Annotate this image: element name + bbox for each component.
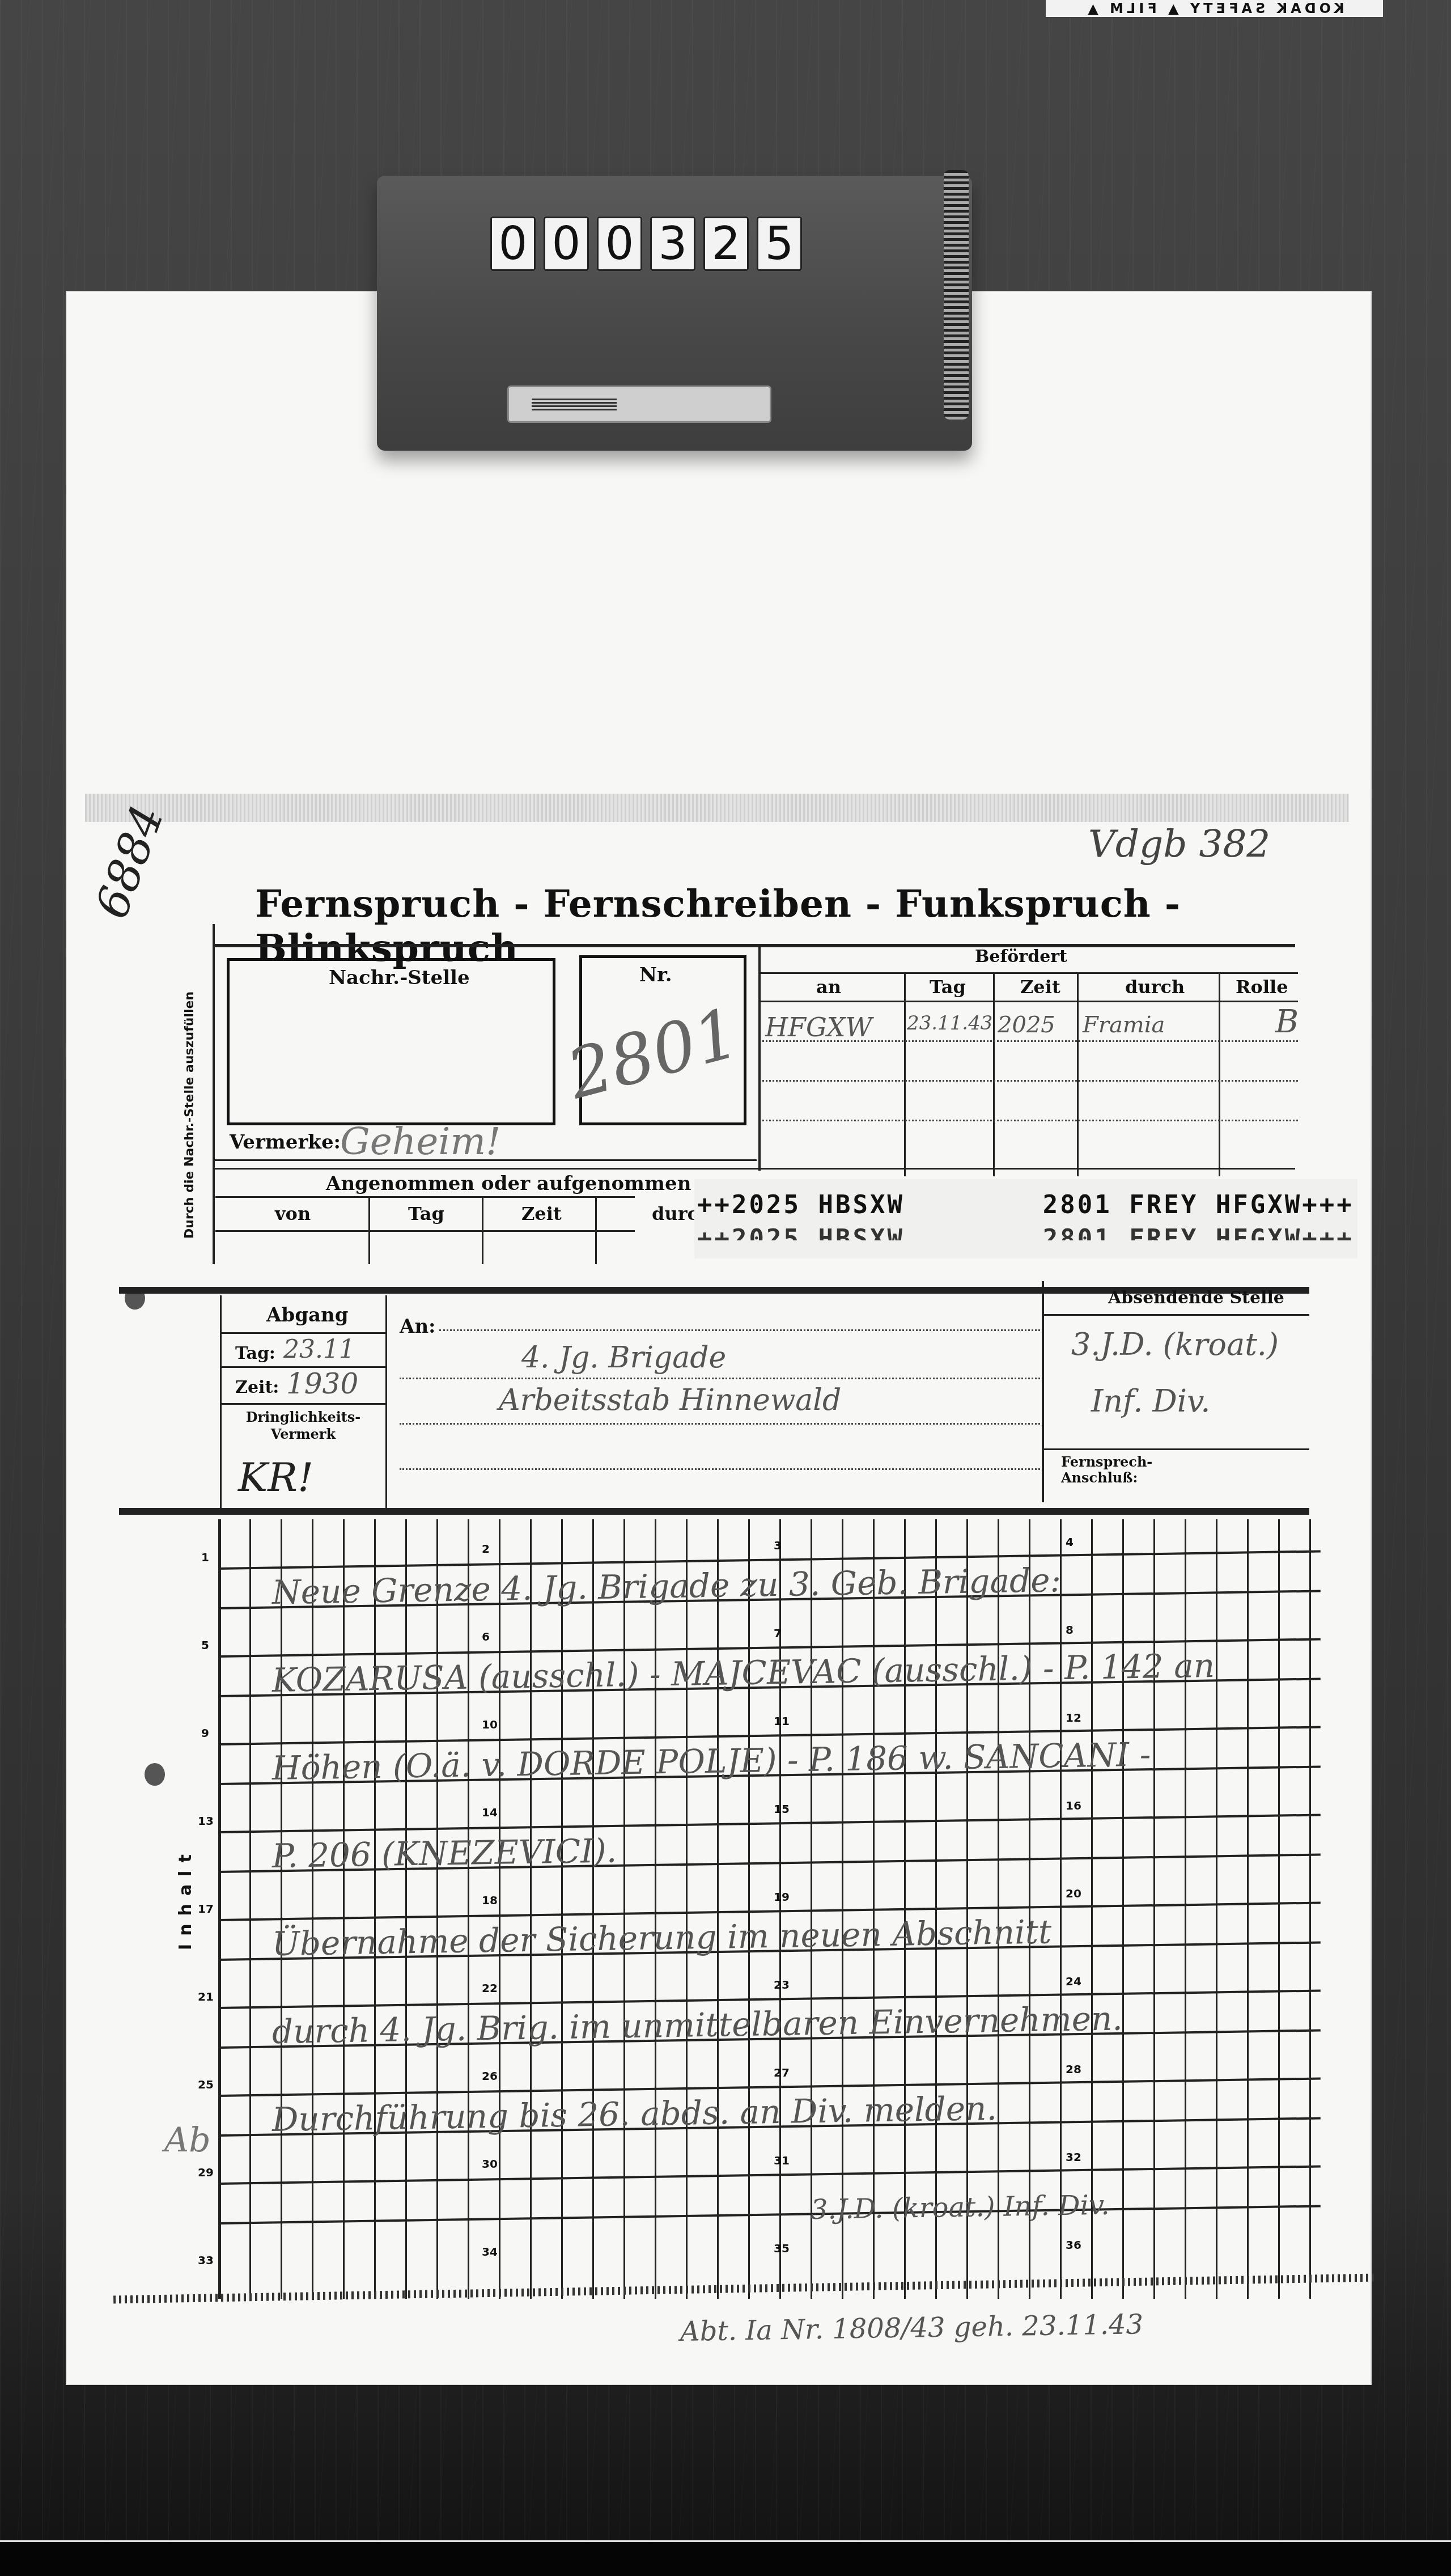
- abgang-tag-value: 23.11: [283, 1335, 355, 1364]
- inhalt-column-marker: 15: [774, 1802, 790, 1816]
- absendende-rule: [1043, 1314, 1309, 1316]
- inhalt-column-marker: 28: [1066, 2062, 1081, 2076]
- inhalt-column-marker: 22: [482, 1981, 498, 1995]
- grid-column-line: [499, 1519, 500, 2299]
- counter-nameplate: [507, 385, 771, 423]
- grid-column-line: [1185, 1519, 1186, 2299]
- fernsprech-anschluss-label: Fernsprech-Anschluß:: [1061, 1454, 1174, 1486]
- vermerke-value: Geheim!: [340, 1120, 501, 1163]
- an-recipient-line-1: 4. Jg. Brigade: [521, 1341, 726, 1375]
- counter-digit: 0: [490, 217, 536, 271]
- grid-column-line: [811, 1519, 812, 2299]
- befoerdert-row-rule: [762, 1040, 1298, 1042]
- befoerdert-col-divider: [904, 972, 906, 1176]
- grid-column-line: [1060, 1519, 1062, 2299]
- abgang-header: Abgang: [266, 1304, 348, 1327]
- grid-column-line: [1247, 1519, 1249, 2299]
- counter-digit: 0: [597, 217, 642, 271]
- abgang-zeit-value: 1930: [286, 1367, 358, 1400]
- grid-column-line: [623, 1519, 625, 2299]
- inhalt-row-number: 13: [198, 1814, 214, 1828]
- angenommen-col-divider: [595, 1196, 597, 1264]
- counter-digit: 2: [703, 217, 749, 271]
- grid-column-line: [1122, 1519, 1124, 2299]
- grid-column-line: [1278, 1519, 1280, 2299]
- abgang-rule: [220, 1403, 385, 1405]
- inhalt-text-line: P. 206 (KNEZEVICI).: [271, 1831, 617, 1875]
- vermerke-label: Vermerke:: [230, 1131, 341, 1154]
- nachr-stelle-label: Nachr.-Stelle: [329, 967, 470, 989]
- dringlichkeit-value: KR!: [238, 1454, 313, 1501]
- angenommen-col-tag: Tag: [408, 1203, 444, 1225]
- grid-column-line: [1216, 1519, 1217, 2299]
- teletype-line-1: ++2025 HBSXW 2801 FREY HFGXW+++: [697, 1190, 1354, 1219]
- inhalt-text-line: 3.J.D. (kroat.) Inf. Div.: [811, 2189, 1110, 2226]
- inhalt-row-number: 17: [198, 1902, 214, 1916]
- befoerdert-an-value: HFGXW: [765, 1012, 872, 1043]
- margin-note: Ab: [164, 2120, 211, 2160]
- inhalt-column-marker: 10: [482, 1718, 498, 1731]
- inhalt-column-marker: 11: [774, 1714, 790, 1728]
- befoerdert-rule: [760, 1001, 1298, 1002]
- angenommen-header: Angenommen oder aufgenommen: [326, 1172, 691, 1195]
- section-rule: [119, 1508, 1309, 1515]
- befoerdert-col-divider: [993, 972, 995, 1176]
- angenommen-col-divider: [368, 1196, 370, 1264]
- an-recipient-line-2: Arbeitsstab Hinnewald: [499, 1383, 841, 1417]
- archive-mark-right: Vdgb 382: [1088, 822, 1270, 866]
- abgang-frame: [385, 1295, 387, 1511]
- befoerdert-row-rule: [762, 1120, 1298, 1121]
- an-line: [400, 1378, 1040, 1379]
- inhalt-column-marker: 4: [1066, 1535, 1074, 1549]
- inhalt-column-marker: 24: [1066, 1975, 1081, 1988]
- befoerdert-col-divider: [1219, 972, 1220, 1176]
- absendende-rule: [1043, 1448, 1309, 1450]
- inhalt-row-number: 21: [198, 1990, 214, 2003]
- counter-digit: 0: [544, 217, 589, 271]
- abgang-rule: [220, 1332, 385, 1334]
- inhalt-column-marker: 12: [1066, 1711, 1081, 1725]
- inhalt-column-marker: 31: [774, 2154, 790, 2167]
- inhalt-column-marker: 32: [1066, 2150, 1081, 2164]
- nr-label: Nr.: [639, 964, 672, 986]
- form-title: Fernspruch - Fernschreiben - Funkspruch …: [255, 882, 1451, 970]
- an-line: [400, 1423, 1040, 1425]
- inhalt-column-marker: 34: [482, 2245, 498, 2259]
- grid-column-line: [717, 1519, 719, 2299]
- inhalt-column-marker: 19: [774, 1890, 790, 1904]
- grid-column-line: [1309, 1519, 1311, 2299]
- befoerdert-durch-value: Framia: [1083, 1012, 1165, 1038]
- abgang-tag-label: Tag:: [235, 1344, 275, 1363]
- inhalt-column-marker: 3: [774, 1539, 782, 1552]
- an-line: [439, 1329, 1040, 1331]
- befoerdert-tag-value: 23.11.43: [907, 1012, 992, 1035]
- grid-column-line: [1091, 1519, 1093, 2299]
- inhalt-row-number: 1: [201, 1550, 209, 1564]
- inhalt-side-label: Inhalt: [176, 1846, 196, 1950]
- inhalt-column-marker: 35: [774, 2242, 790, 2255]
- form-rule: [215, 1196, 635, 1198]
- paper-torn-edge: [85, 794, 1349, 822]
- counter-thumbwheel: [944, 170, 969, 420]
- form-rule: [213, 924, 215, 1264]
- grid-column-line: [1153, 1519, 1155, 2299]
- grid-column-line: [436, 1519, 438, 2299]
- inhalt-column-marker: 16: [1066, 1799, 1081, 1812]
- befoerdert-col-durch: durch: [1125, 976, 1185, 998]
- inhalt-column-marker: 23: [774, 1978, 790, 1992]
- befoerdert-col-zeit: Zeit: [1020, 976, 1060, 998]
- form-rule: [215, 1230, 635, 1232]
- grid-column-line: [998, 1519, 999, 2299]
- grid-column-line: [1029, 1519, 1030, 2299]
- befoerdert-header: Befördert: [975, 947, 1067, 967]
- befoerdert-rule: [760, 972, 1298, 974]
- inhalt-column-marker: 14: [482, 1806, 498, 1819]
- grid-column-line: [468, 1519, 469, 2299]
- inhalt-column-marker: 6: [482, 1630, 490, 1643]
- angenommen-col-zeit: Zeit: [521, 1203, 562, 1225]
- inhalt-row-number: 33: [198, 2253, 214, 2267]
- angenommen-col-divider: [482, 1196, 483, 1264]
- counter-digit: 3: [650, 217, 695, 271]
- inhalt-column-marker: 26: [482, 2069, 498, 2083]
- absendende-stelle-line-2: Inf. Div.: [1091, 1383, 1210, 1419]
- grid-column-line: [655, 1519, 656, 2299]
- inhalt-column-marker: 30: [482, 2157, 498, 2171]
- counter-digit: 5: [757, 217, 802, 271]
- absendende-stelle-label: Absendende Stelle: [1108, 1288, 1284, 1308]
- frame-counter-device: 0 0 0 3 2 5: [377, 176, 972, 451]
- befoerdert-zeit-value: 2025: [998, 1012, 1055, 1038]
- form-rule: [213, 944, 1295, 947]
- inhalt-column-marker: 27: [774, 2066, 790, 2079]
- inhalt-row-number: 9: [201, 1726, 209, 1740]
- grid-column-line: [530, 1519, 532, 2299]
- nachr-stelle-side-label: Durch die Nachr.-Stelle auszufüllen: [183, 992, 197, 1239]
- grid-column-line: [218, 1519, 221, 2299]
- form-rule: [213, 1168, 1295, 1170]
- punch-hole: [145, 1763, 165, 1786]
- inhalt-column-marker: 36: [1066, 2238, 1081, 2252]
- befoerdert-col-an: an: [816, 976, 841, 998]
- inhalt-column-marker: 7: [774, 1626, 782, 1640]
- grid-column-line: [592, 1519, 594, 2299]
- befoerdert-rolle-value: B: [1275, 1003, 1299, 1040]
- inhalt-row-number: 25: [198, 2078, 214, 2091]
- grid-column-line: [561, 1519, 563, 2299]
- befoerdert-col-divider: [1077, 972, 1079, 1176]
- inhalt-row-number: 5: [201, 1638, 209, 1652]
- befoerdert-row-rule: [762, 1080, 1298, 1082]
- inhalt-column-marker: 18: [482, 1893, 498, 1907]
- an-label: An:: [400, 1315, 436, 1338]
- abgang-zeit-label: Zeit:: [235, 1378, 279, 1397]
- film-edge-imprint: KODAK SAFETY ▲ FILM ▲: [1046, 0, 1383, 17]
- film-bottom-edge: [0, 2540, 1451, 2576]
- inhalt-column-marker: 20: [1066, 1887, 1081, 1900]
- inhalt-column-marker: 8: [1066, 1623, 1074, 1637]
- befoerdert-col-tag: Tag: [930, 976, 966, 998]
- angenommen-col-von: von: [275, 1203, 311, 1225]
- inhalt-column-marker: 2: [482, 1542, 490, 1556]
- dringlichkeit-label: Dringlichkeits-Vermerk: [232, 1409, 374, 1443]
- an-line: [400, 1468, 1040, 1470]
- befoerdert-col-rolle: Rolle: [1236, 976, 1288, 998]
- absendende-stelle-line-1: 3.J.D. (kroat.): [1071, 1327, 1279, 1362]
- grid-column-line: [686, 1519, 688, 2299]
- inhalt-row-number: 29: [198, 2166, 214, 2179]
- form-rule: [758, 944, 761, 1171]
- grid-column-line: [748, 1519, 750, 2299]
- frame-counter-display: 0 0 0 3 2 5: [479, 210, 830, 278]
- form-rule: [213, 1159, 757, 1161]
